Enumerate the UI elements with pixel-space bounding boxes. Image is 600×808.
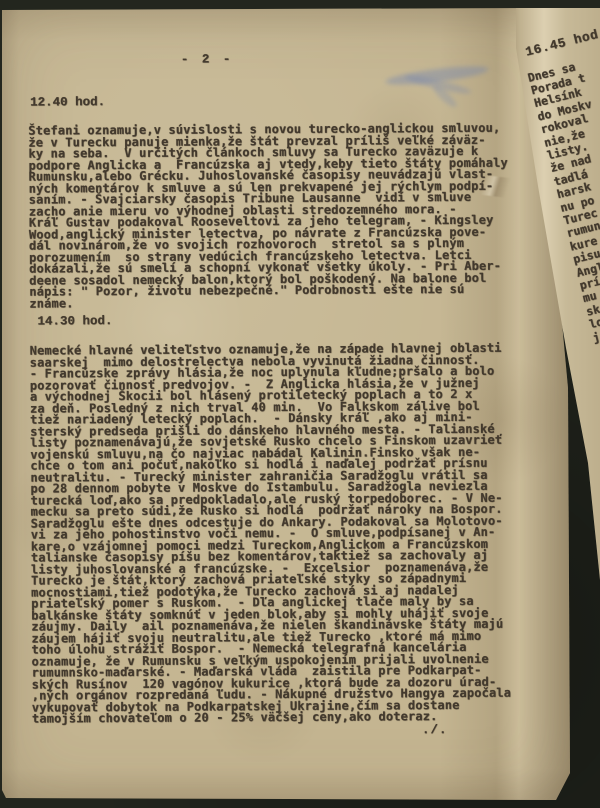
report-paragraph-1430: Nemecké hlavné veliteľstvo oznamuje,že n…	[30, 343, 512, 725]
page-number: - 2 -	[181, 52, 234, 66]
photographed-document-scene: - 2 - 12.40 hod. Štefani oznamuje,v súvi…	[0, 0, 600, 808]
timestamp-1430: 14.30 hod.	[37, 314, 112, 328]
timestamp-1240: 12.40 hod.	[30, 95, 105, 109]
typed-text-layer: - 2 - 12.40 hod. Štefani oznamuje,v súvi…	[0, 6, 572, 801]
report-paragraph-1240: Štefani oznamuje,v súvislosti s novou tu…	[28, 123, 508, 310]
timestamp-1645: 16.45 hod	[524, 27, 600, 60]
continuation-mark: ./.	[422, 723, 448, 737]
typewritten-page: - 2 - 12.40 hod. Štefani oznamuje,v súvi…	[2, 8, 570, 800]
